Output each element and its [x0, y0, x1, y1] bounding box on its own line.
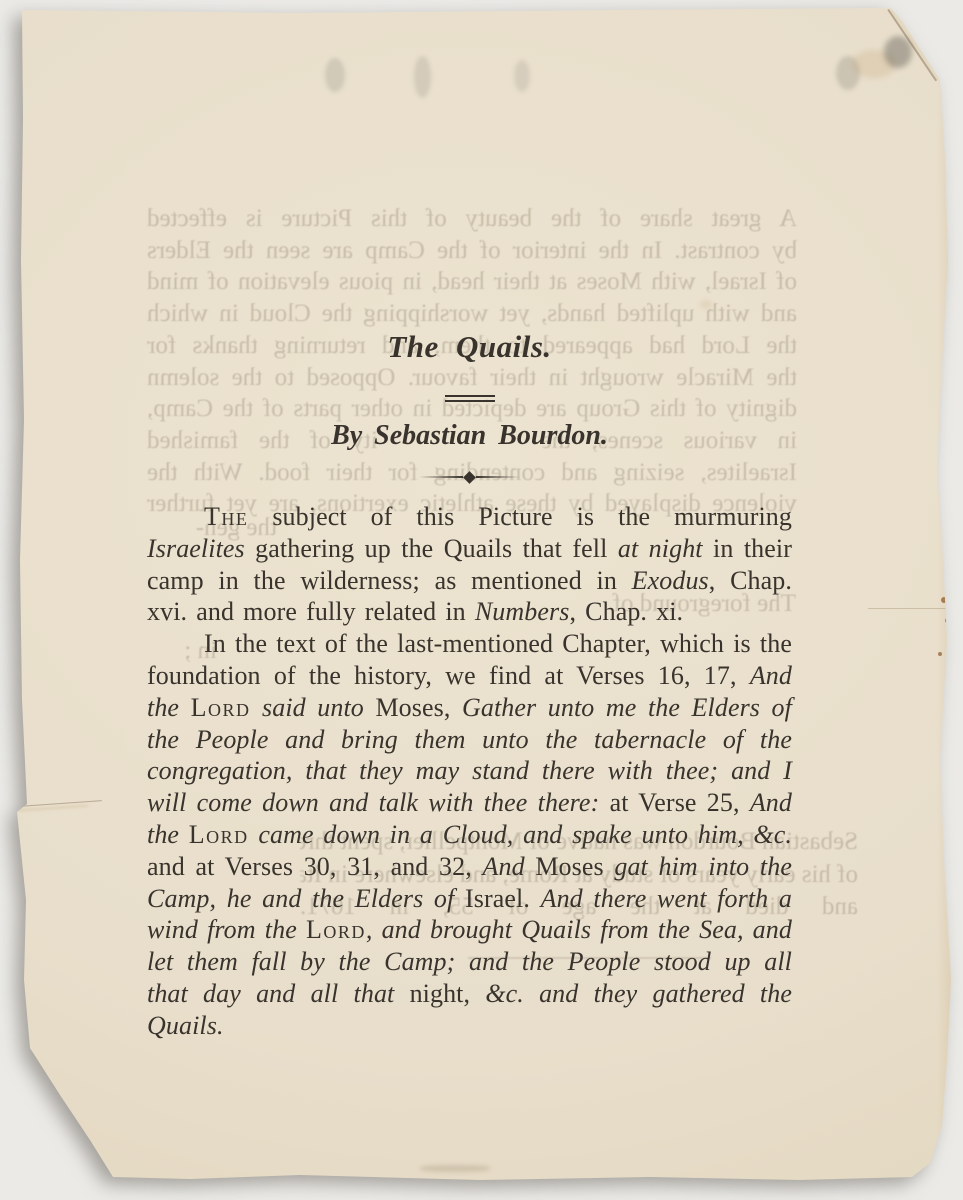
- text-segment: Israelites: [147, 534, 245, 563]
- foxing-spot: [941, 597, 947, 603]
- dark-smudge: [884, 36, 912, 68]
- byline: By Sebastian Bourdon.: [147, 420, 792, 452]
- foxing-spot: [700, 300, 712, 309]
- text-segment: Lord: [189, 820, 249, 849]
- text-segment: said unto: [250, 693, 375, 722]
- page-title: The Quails.: [147, 329, 792, 365]
- crease-right: [868, 608, 948, 609]
- body-paragraphs: The subject of this Picture is the murmu…: [147, 501, 792, 1042]
- bleedthrough-line: of Israel, with Moses at their head, in …: [147, 266, 797, 298]
- text-segment: The: [204, 502, 248, 531]
- text-segment: In the text of the last-mentioned Chapte…: [147, 629, 792, 690]
- text-segment: Moses: [535, 852, 614, 881]
- foxing-spot: [948, 663, 953, 668]
- bleedthrough-line: the Miracle wrought in their favour. Opp…: [147, 362, 797, 394]
- rule-right: [476, 476, 520, 478]
- text-segment: Israel.: [465, 884, 541, 913]
- text-segment: at Verse 25,: [599, 788, 749, 817]
- diamond-icon: [463, 471, 476, 484]
- scan-background: A great share of the beauty of this Pict…: [0, 0, 963, 1200]
- smudge-mark: [514, 60, 530, 92]
- text-segment: Moses,: [375, 693, 462, 722]
- diamond-rule-ornament: [147, 468, 792, 486]
- text-segment: and at Verses 30, 31, and 32,: [147, 852, 482, 881]
- double-rule-ornament: [445, 395, 495, 402]
- text-segment: came down in a Cloud, and spake unto him…: [249, 820, 792, 849]
- smudge-mark: [414, 56, 431, 98]
- paper-shadow: A great share of the beauty of this Pict…: [0, 0, 963, 1200]
- document-page: A great share of the beauty of this Pict…: [0, 0, 963, 1200]
- text-segment: And: [482, 852, 535, 881]
- paragraph: In the text of the last-mentioned Chapte…: [147, 628, 792, 1041]
- text-segment: Lord: [306, 915, 366, 944]
- text-segment: night,: [410, 979, 486, 1008]
- foxing-spot: [945, 618, 950, 623]
- paragraph: The subject of this Picture is the murmu…: [147, 501, 792, 628]
- text-segment: Numbers: [475, 597, 570, 626]
- text-segment: Exodus: [632, 566, 709, 595]
- text-segment: subject of this Picture is the murmuring: [248, 502, 792, 531]
- text-segment: Lord: [191, 693, 251, 722]
- bleedthrough-line: by contrast. In the interior of the Camp…: [147, 235, 797, 267]
- text-segment: gathering up the Quails that fell: [245, 534, 618, 563]
- bleedthrough-line: A great share of the beauty of this Pict…: [147, 203, 797, 235]
- edge-speckle: [420, 1165, 490, 1172]
- text-segment: at night: [618, 534, 703, 563]
- rule-left: [419, 476, 463, 478]
- smudge-mark: [325, 58, 345, 92]
- foxing-spot: [938, 652, 942, 656]
- text-segment: , Chap. xi.: [569, 597, 683, 626]
